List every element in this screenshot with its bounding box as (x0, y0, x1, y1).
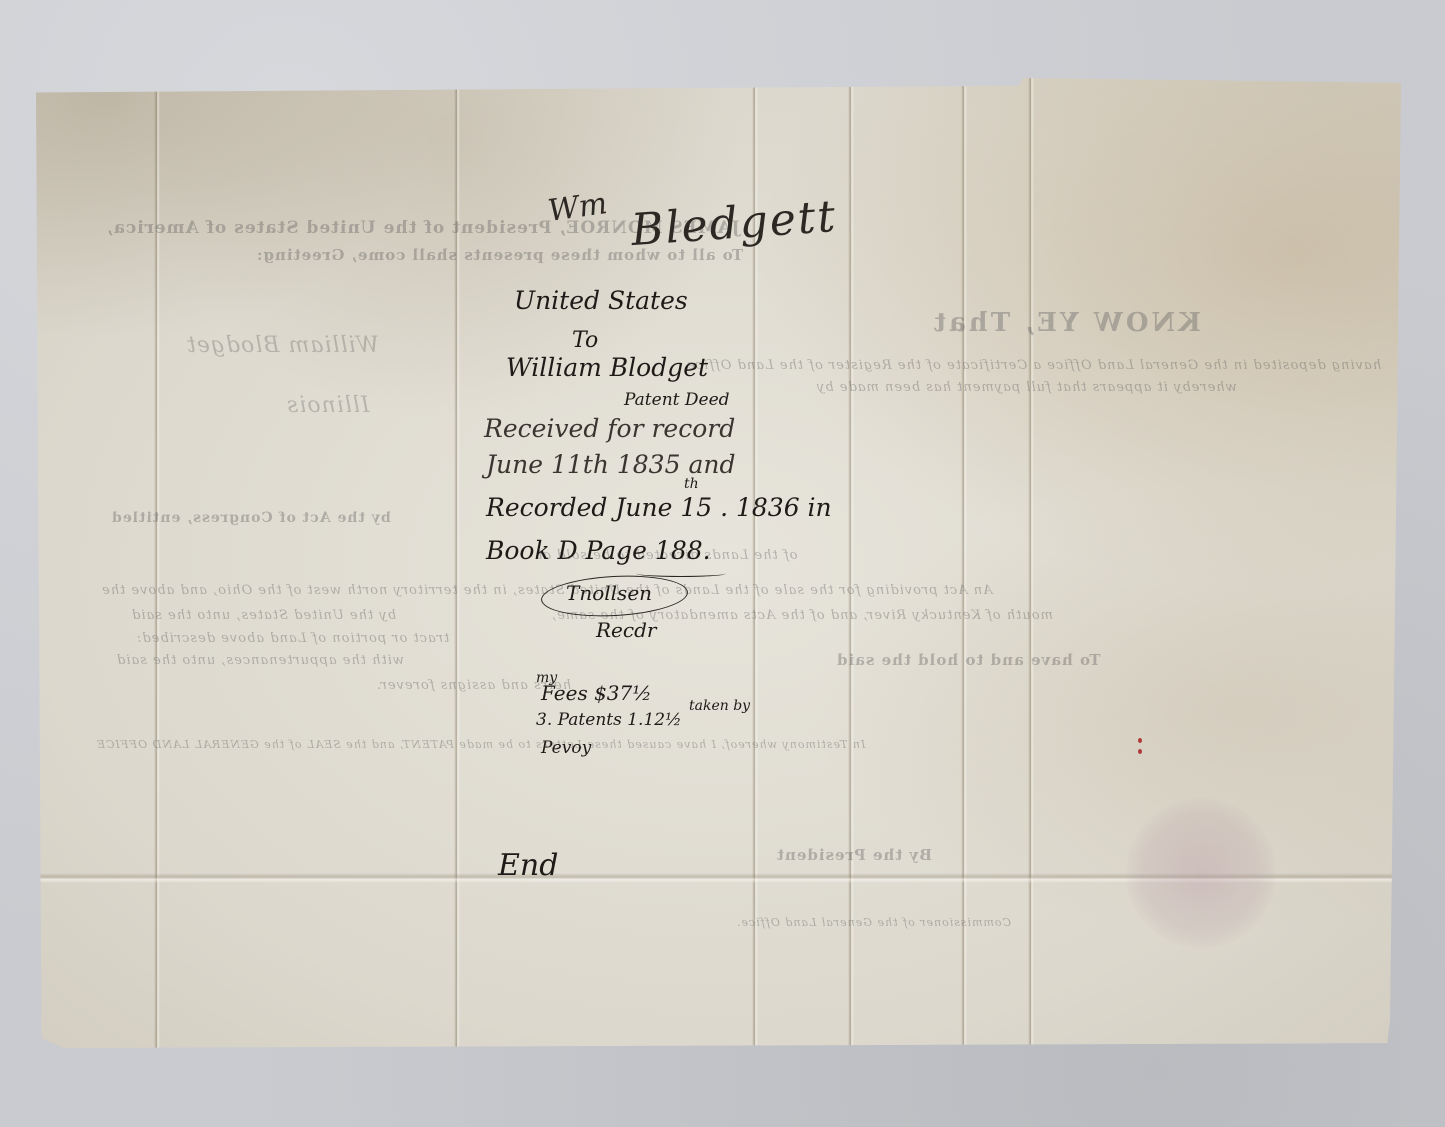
bleed-act-line2: by the Act of Congress, entitled (111, 510, 391, 526)
bleed-appears: whereby it appears that full payment has… (816, 380, 1237, 395)
bleed-act-line5: by the United States, unto the said (131, 608, 396, 623)
bleed-know-ye: KNOW YE, That (931, 308, 1201, 338)
header-surname: Bledgett (629, 191, 838, 256)
fold-crease (1028, 78, 1034, 1048)
red-mark (1138, 749, 1142, 754)
bleed-have-hold: To have and to hold the said (836, 651, 1101, 669)
bleed-commissioner: Commissioner of the General Land Office. (736, 916, 1011, 929)
fees-note: taken by (689, 698, 750, 714)
docket-line-patent-deed: Patent Deed (624, 390, 730, 410)
bleed-by-president: By the President (776, 846, 932, 864)
fees-total: Fees $37½ (541, 681, 652, 705)
docket-line-grantee: William Blodget (506, 353, 708, 382)
docket-line-book-page: Book D Page 188. (486, 536, 711, 565)
recorder-signature: Tnollsen (566, 581, 652, 605)
docket-line-to: To (572, 328, 598, 353)
seal-impression (1126, 798, 1276, 948)
fold-crease (961, 78, 967, 1048)
bottom-mark: End (498, 848, 558, 883)
bleed-appurtenances: with the appurtenances, unto the said (116, 653, 404, 668)
fold-crease (848, 78, 854, 1048)
fees-patents: 3. Patents 1.12½ (536, 710, 682, 730)
bleed-testimony: In Testimony whereof, I have caused thes… (96, 738, 865, 751)
docket-line-received-date: June 11th 1835 and (486, 450, 735, 479)
docket-line-united-states: United States (514, 286, 688, 315)
fees-line3: Pevoy (541, 738, 591, 758)
bleed-handwriting: Illinois (286, 393, 370, 418)
document-paper: JAMES MONROE, President of the United St… (36, 78, 1401, 1048)
docket-line-recorded: Recorded June 15 . 1836 in (486, 493, 832, 522)
bleed-handwriting: William Blodget (186, 333, 379, 358)
recorder-title: Recdr (596, 618, 656, 642)
docket-ordinal-mark: th (684, 476, 699, 492)
red-mark (1138, 738, 1142, 743)
bleed-act-line6: tract or portion of Land above described… (136, 631, 449, 646)
docket-line-received: Received for record (484, 414, 735, 443)
bleed-deposited: having deposited in the General Land Off… (686, 358, 1381, 373)
